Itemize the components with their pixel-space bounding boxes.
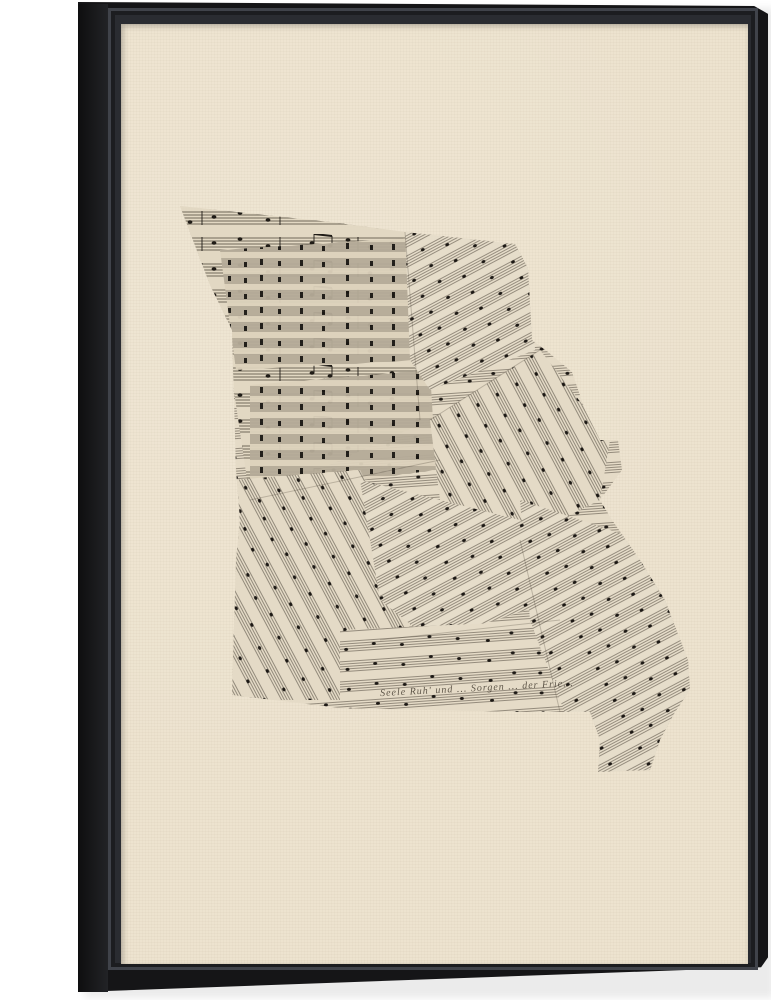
missouri-sheet-music-map <box>0 0 771 1000</box>
